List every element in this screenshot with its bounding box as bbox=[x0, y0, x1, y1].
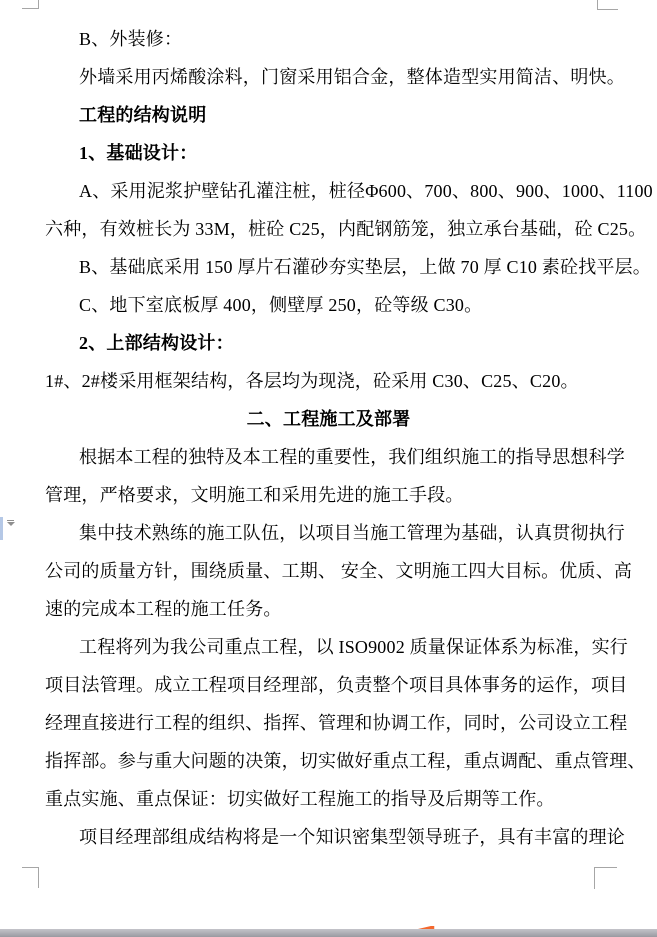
text-line: B、基础底采用 150 厚片石灌砂夯实垫层，上做 70 厚 C10 素砼找平层。 bbox=[45, 248, 612, 286]
text-line: 1#、2#楼采用框架结构，各层均为现浇，砼采用 C30、C25、C20。 bbox=[45, 362, 612, 400]
text-line: A、采用泥浆护壁钻孔灌注桩，桩径Φ600、700、800、900、1000、11… bbox=[45, 172, 612, 210]
bottom-window-edge-bar bbox=[0, 929, 657, 937]
page-margin-mark-bottom-right bbox=[594, 867, 617, 889]
text-line: B、外装修： bbox=[45, 20, 612, 58]
page-margin-mark-bottom-left bbox=[22, 867, 39, 888]
heading-line: 工程的结构说明 bbox=[45, 96, 612, 134]
document-body: B、外装修：外墙采用丙烯酸涂料，门窗采用铝合金，整体造型实用简洁、明快。工程的结… bbox=[45, 20, 612, 856]
text-line: 速的完成本工程的施工任务。 bbox=[45, 590, 612, 628]
text-line: 指挥部。参与重大问题的决策，切实做好重点工程，重点调配、重点管理、 bbox=[45, 742, 612, 780]
text-line: 项目法管理。成立工程项目经理部，负责整个项目具体事务的运作，项目 bbox=[45, 666, 612, 704]
heading-line: 1、基础设计： bbox=[45, 134, 612, 172]
text-line: C、地下室底板厚 400，侧壁厚 250，砼等级 C30。 bbox=[45, 286, 612, 324]
dropdown-arrow-icon[interactable] bbox=[6, 520, 15, 527]
text-line: 经理直接进行工程的组织、指挥、管理和协调工作，同时，公司设立工程 bbox=[45, 704, 612, 742]
text-line: 管理，严格要求，文明施工和采用先进的施工手段。 bbox=[45, 476, 612, 514]
page-margin-mark-top-left bbox=[22, 0, 39, 9]
text-line: 重点实施、重点保证：切实做好工程施工的指导及后期等工作。 bbox=[45, 780, 612, 818]
heading-line: 二、工程施工及部署 bbox=[45, 400, 612, 438]
text-line: 外墙采用丙烯酸涂料，门窗采用铝合金，整体造型实用简洁、明快。 bbox=[45, 58, 612, 96]
review-indicator-bar bbox=[0, 517, 3, 540]
text-line: 工程将列为我公司重点工程，以 ISO9002 质量保证体系为标准，实行 bbox=[45, 628, 612, 666]
text-line: 项目经理部组成结构将是一个知识密集型领导班子，具有丰富的理论 bbox=[45, 818, 612, 856]
text-line: 根据本工程的独特及本工程的重要性，我们组织施工的指导思想科学 bbox=[45, 438, 612, 476]
document-page: B、外装修：外墙采用丙烯酸涂料，门窗采用铝合金，整体造型实用简洁、明快。工程的结… bbox=[0, 0, 657, 937]
text-line: 公司的质量方针，围绕质量、工期、 安全、文明施工四大目标。优质、高 bbox=[45, 552, 612, 590]
heading-line: 2、上部结构设计： bbox=[45, 324, 612, 362]
text-line: 集中技术熟练的施工队伍，以项目当施工管理为基础，认真贯彻执行 bbox=[45, 514, 612, 552]
text-line: 六种，有效桩长为 33M，桩砼 C25，内配钢筋笼，独立承台基础，砼 C25。 bbox=[45, 210, 612, 248]
page-margin-mark-top-right bbox=[597, 0, 618, 10]
